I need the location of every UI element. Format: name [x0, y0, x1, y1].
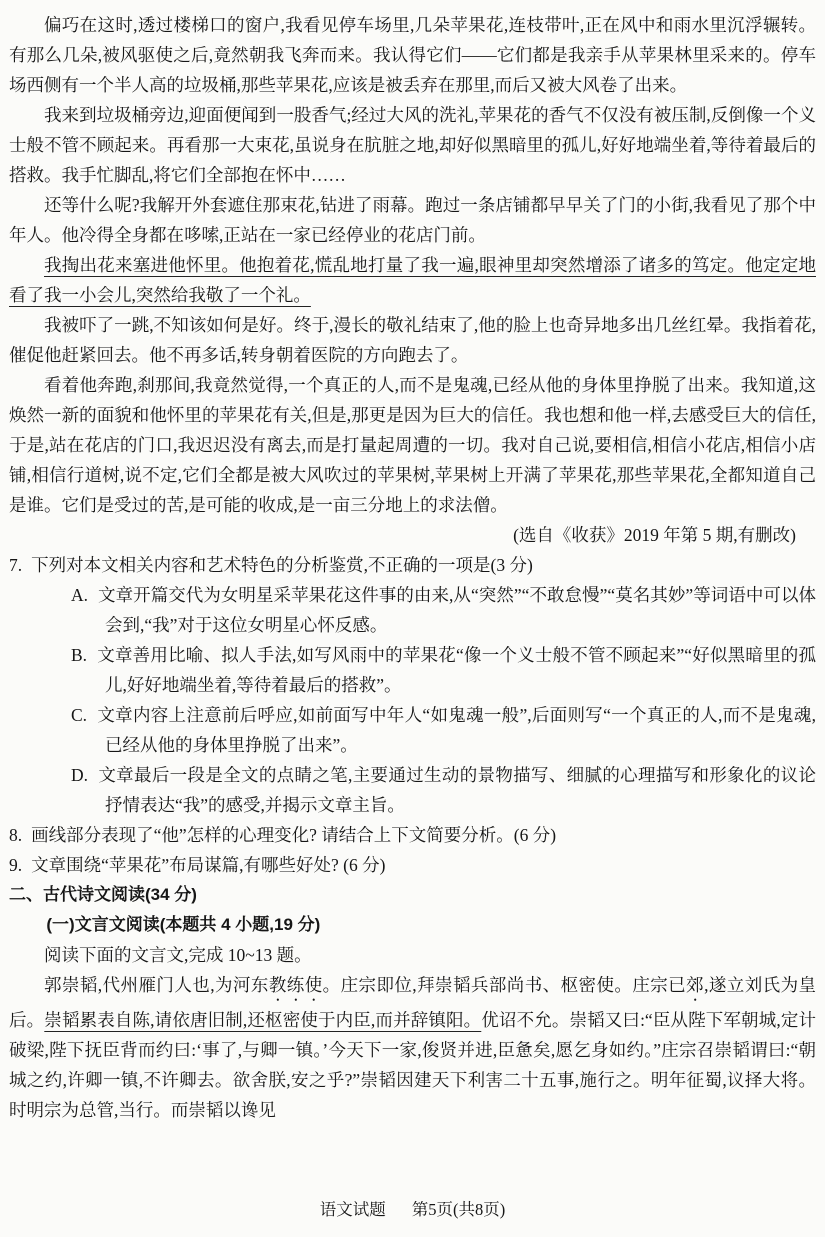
classical-passage: 郭崇韬,代州雁门人也,为河东教练使。庄宗即位,拜崇韬兵部尚书、枢密使。庄宗已郊,…: [9, 970, 816, 1125]
footer-page-number: 第5页(共8页): [412, 1200, 506, 1219]
wenyan-segment-1: 郭崇韬,代州雁门人也,为河东: [44, 975, 269, 995]
question-7-option-c: C.文章内容上注意前后呼应,如前面写中年人“如鬼魂一般”,后面则写“一个真正的人…: [9, 700, 816, 760]
option-a-text: 文章开篇交代为女明星采苹果花这件事的由来,从“突然”“不敢怠慢”“莫名其妙”等词…: [98, 585, 816, 635]
question-7-option-a: A.文章开篇交代为女明星采苹果花这件事的由来,从“突然”“不敢怠慢”“莫名其妙”…: [9, 580, 816, 640]
passage-source: (选自《收获》2019 年第 5 期,有删改): [9, 520, 816, 550]
question-7-text: 下列对本文相关内容和艺术特色的分析鉴赏,不正确的一项是(3 分): [31, 555, 533, 575]
section-2-heading: 二、古代诗文阅读(34 分): [9, 880, 816, 910]
option-b-label: B.: [71, 645, 97, 665]
passage-paragraph-2: 我来到垃圾桶旁边,迎面便闻到一股香气;经过大风的洗礼,苹果花的香气不仅没有被压制…: [9, 100, 816, 190]
wenyan-dotted-term-2: 郊: [686, 975, 704, 995]
wenyan-dotted-term-1: 教练使: [269, 975, 323, 995]
questions-modern-reading: 7.下列对本文相关内容和艺术特色的分析鉴赏,不正确的一项是(3 分) A.文章开…: [9, 550, 816, 880]
question-9: 9.文章围绕“苹果花”布局谋篇,有哪些好处? (6 分): [9, 850, 816, 880]
classical-instruction: 阅读下面的文言文,完成 10~13 题。: [9, 940, 816, 970]
question-9-number: 9.: [9, 855, 31, 875]
passage-paragraph-3: 还等什么呢?我解开外套遮住那束花,钻进了雨幕。跑过一条店铺都早早关了门的小街,我…: [9, 190, 816, 250]
wenyan-underlined-sentence: 崇韬累表自陈,请依唐旧制,还枢密使于内臣,而并辞镇阳。: [44, 1010, 481, 1030]
question-7-option-d: D.文章最后一段是全文的点睛之笔,主要通过生动的景物描写、细腻的心理描写和形象化…: [9, 760, 816, 820]
option-d-text: 文章最后一段是全文的点睛之笔,主要通过生动的景物描写、细腻的心理描写和形象化的议…: [98, 765, 816, 815]
option-a-label: A.: [71, 585, 98, 605]
passage-paragraph-5: 我被吓了一跳,不知该如何是好。终于,漫长的敬礼结束了,他的脸上也奇异地多出几丝红…: [9, 310, 816, 370]
footer-paper-title: 语文试题: [320, 1200, 386, 1219]
question-7-option-b: B.文章善用比喻、拟人手法,如写风雨中的苹果花“像一个义士般不管不顾起来”“好似…: [9, 640, 816, 700]
wenyan-segment-2: 。庄宗即位,拜崇韬兵部尚书、枢密使。庄宗已: [323, 975, 686, 995]
modern-reading-passage: 偏巧在这时,透过楼梯口的窗户,我看见停车场里,几朵苹果花,连枝带叶,正在风中和雨…: [9, 10, 816, 550]
question-8-number: 8.: [9, 825, 31, 845]
question-7-stem: 7.下列对本文相关内容和艺术特色的分析鉴赏,不正确的一项是(3 分): [9, 550, 816, 580]
page-footer: 语文试题第5页(共8页): [0, 1195, 825, 1225]
passage-paragraph-underlined: 我掏出花来塞进他怀里。他抱着花,慌乱地打量了我一遍,眼神里却突然增添了诸多的笃定…: [9, 250, 816, 310]
classical-reading-section: 二、古代诗文阅读(34 分) (一)文言文阅读(本题共 4 小题,19 分) 阅…: [9, 880, 816, 1125]
question-7-number: 7.: [9, 555, 31, 575]
option-b-text: 文章善用比喻、拟人手法,如写风雨中的苹果花“像一个义士般不管不顾起来”“好似黑暗…: [97, 645, 816, 695]
question-9-text: 文章围绕“苹果花”布局谋篇,有哪些好处? (6 分): [31, 855, 385, 875]
section-2-subheading: (一)文言文阅读(本题共 4 小题,19 分): [9, 910, 816, 940]
passage-paragraph-6: 看着他奔跑,刹那间,我竟然觉得,一个真正的人,而不是鬼魂,已经从他的身体里挣脱了…: [9, 370, 816, 520]
question-8-text: 画线部分表现了“他”怎样的心理变化? 请结合上下文简要分析。(6 分): [31, 825, 556, 845]
exam-page: 偏巧在这时,透过楼梯口的窗户,我看见停车场里,几朵苹果花,连枝带叶,正在风中和雨…: [0, 0, 825, 1237]
option-c-text: 文章内容上注意前后呼应,如前面写中年人“如鬼魂一般”,后面则写“一个真正的人,而…: [97, 705, 816, 755]
option-c-label: C.: [71, 705, 97, 725]
question-8: 8.画线部分表现了“他”怎样的心理变化? 请结合上下文简要分析。(6 分): [9, 820, 816, 850]
option-d-label: D.: [71, 765, 98, 785]
passage-paragraph-1: 偏巧在这时,透过楼梯口的窗户,我看见停车场里,几朵苹果花,连枝带叶,正在风中和雨…: [9, 10, 816, 100]
